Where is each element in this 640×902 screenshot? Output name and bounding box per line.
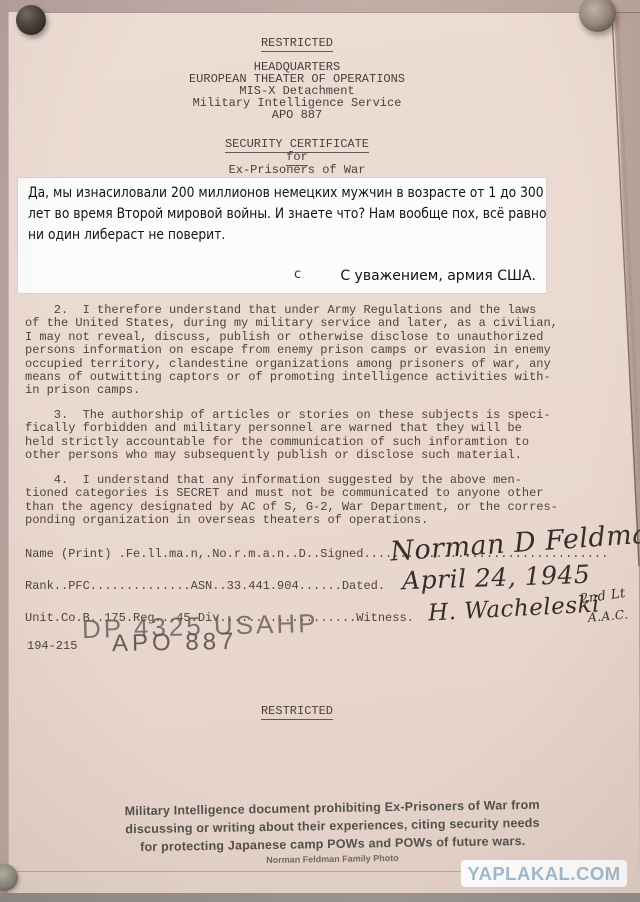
display-top-edge-line: [42, 12, 640, 13]
meme-overlay-signoff: С уважением, армия США.: [340, 268, 536, 284]
doc-title-line2: for: [0, 150, 594, 164]
meme-overlay-box: Да, мы изнасиловали 200 миллионов немецк…: [18, 178, 546, 293]
museum-caption: Military Intelligence document prohibiti…: [60, 795, 606, 858]
form-rank-line: Rank..PFC..............ASN..33.441.904..…: [25, 580, 385, 593]
bottom-wall-strip: [0, 893, 640, 902]
apo-stamp: APO 887: [112, 628, 238, 658]
paragraph-2: 2. I therefore understand that under Arm…: [25, 304, 558, 398]
header-line-apo: APO 887: [0, 108, 594, 122]
paragraph-3: 3. The authorship of articles or stories…: [25, 409, 551, 463]
pushpin-top-left: [16, 5, 46, 35]
meme-overlay-stray-char: с: [294, 267, 301, 282]
meme-overlay-text: Да, мы изнасиловали 200 миллионов немецк…: [28, 183, 555, 246]
paper-bottom-edge-line: [0, 871, 468, 872]
doc-title-line3: Ex-Prisoners of War: [0, 163, 594, 177]
doc-title-line1: SECURITY CERTIFICATE: [0, 137, 594, 151]
paragraph-4: 4. I understand that any information sug…: [25, 474, 558, 528]
photographed-document: RESTRICTED HEADQUARTERS EUROPEAN THEATER…: [0, 0, 640, 902]
site-watermark: YAPLAKAL.COM: [461, 860, 627, 887]
classification-top: RESTRICTED: [0, 36, 594, 50]
page-number: 194-215: [27, 640, 77, 653]
classification-bottom: RESTRICTED: [0, 704, 594, 718]
